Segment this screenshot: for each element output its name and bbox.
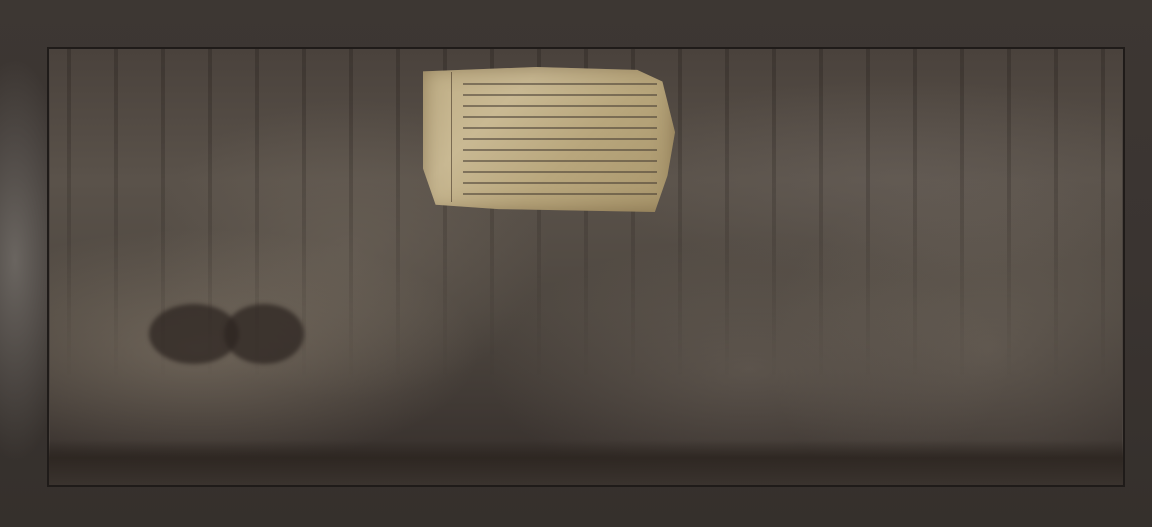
document-margin-line [451,72,452,202]
document-fragment [423,67,675,212]
bottom-dark-band [49,440,1123,485]
artwork-panel [0,0,1152,527]
ink-stain-right [224,304,304,364]
document-script-lines [463,77,657,204]
